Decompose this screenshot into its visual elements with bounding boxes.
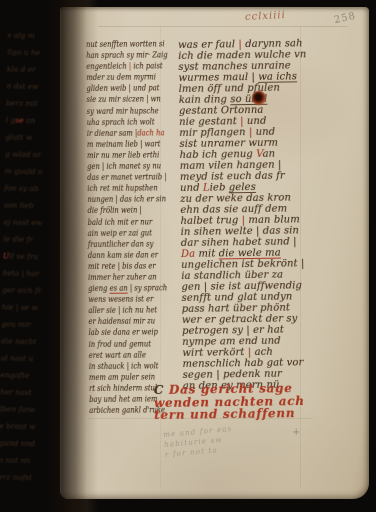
facing-page-line: llgo u he bbox=[7, 43, 66, 61]
rubric-lines: C Das gericht sagewenden nachten achtern… bbox=[154, 382, 305, 422]
facing-page-line: n dst ew bbox=[6, 77, 66, 95]
facing-page-line: fon sy ab bbox=[4, 179, 66, 197]
manuscript-line: in frod und gemut bbox=[89, 339, 166, 351]
facing-page-line: heta | har bbox=[2, 264, 65, 282]
manuscript-line: nut senfften wortten si bbox=[86, 39, 163, 51]
manuscript-line: ir dienar sam |dach ha bbox=[87, 128, 164, 140]
manuscript-line: eret wart an alle bbox=[89, 350, 166, 362]
manuscript-line: nungen | das ich er sin bbox=[87, 195, 164, 207]
facing-page-line: son lieb bbox=[4, 196, 66, 214]
manuscript-line: sy ward mir hupsche bbox=[87, 106, 164, 118]
text-column-left: nut senfften wortten sihan sprach sy mir… bbox=[86, 39, 166, 417]
ruling-line-horizontal-top bbox=[98, 26, 348, 27]
pencil-foliation: 258 bbox=[333, 11, 357, 26]
ink-blot bbox=[252, 91, 266, 105]
facing-page-line: l gse an bbox=[6, 111, 66, 129]
manuscript-line: mit rete | bis das er bbox=[88, 261, 165, 273]
manuscript-line: gieng es an | sy sprach bbox=[88, 283, 165, 295]
facing-page-line: al nast u bbox=[1, 349, 64, 367]
facing-page-line: o nut nn bbox=[0, 451, 62, 469]
facing-page-line: erz nufst bbox=[0, 468, 61, 486]
manuscript-line: bald ich mit er nur bbox=[88, 217, 165, 229]
manuscript-line: lab sie dana er weip bbox=[89, 328, 166, 340]
manuscript-line: dann kam sie dan er bbox=[88, 250, 165, 262]
manuscript-line: die frölin wein | bbox=[87, 206, 164, 218]
pencil-annotation: me and for eashabiturie swr for not ta bbox=[163, 424, 235, 460]
facing-page-line: gou mir bbox=[1, 315, 64, 333]
manuscript-line: mir nu mer lieb erthi bbox=[87, 150, 164, 162]
folio-number: cclxiiii bbox=[245, 10, 286, 23]
facing-page-line: lben fane bbox=[0, 400, 63, 418]
facing-page-line: engofte bbox=[0, 366, 63, 384]
facing-page-line: kla d er bbox=[7, 60, 66, 78]
facing-page-line: e braut w bbox=[0, 417, 63, 435]
manuscript-line: m meinam lieb | wart bbox=[87, 139, 164, 151]
manuscript-line: gen | ich manet sy nu bbox=[87, 161, 164, 173]
pencil-cross-mark: + bbox=[292, 427, 300, 438]
manuscript-photo: s alg mllgo u hekla d ern dst ewberz mit… bbox=[0, 0, 376, 512]
facing-page-line: berz mit bbox=[6, 94, 66, 112]
manuscript-line: sie zu mir siczen | wn bbox=[86, 95, 163, 107]
manuscript-line: uha sprach ich wolt bbox=[87, 117, 164, 129]
manuscript-line: immer her zuher an bbox=[88, 272, 165, 284]
facing-page-line: s alg m bbox=[7, 26, 66, 44]
facing-page-line: le die fr bbox=[3, 230, 66, 248]
facing-page-line: her nast bbox=[0, 383, 63, 401]
facing-page-line: ger sich fr bbox=[2, 281, 65, 299]
facing-page-text: s alg mllgo u hekla d ern dst ewberz mit… bbox=[0, 17, 66, 487]
facing-page-line: Uil se fru bbox=[3, 247, 66, 265]
facing-page-line: gund nnd bbox=[0, 434, 62, 452]
facing-page-line: die nacht bbox=[1, 332, 64, 350]
rubric-line: tern und schaffenn bbox=[154, 407, 305, 422]
manuscript-line: frauntlicher dan sy bbox=[88, 239, 165, 251]
facing-page-edge: s alg mllgo u hekla d ern dst ewberz mit… bbox=[0, 17, 66, 507]
facing-page-line: glutt w bbox=[5, 128, 66, 146]
manuscript-line: in sthauck | ich wolt bbox=[89, 361, 166, 373]
manuscript-line: ain weip er zai gut bbox=[88, 228, 165, 240]
manuscript-page: cclxiiii 258 nut senfften wortten sihan … bbox=[60, 7, 369, 499]
facing-page-line: aj nast ew bbox=[3, 213, 66, 231]
facing-page-line: m guald n bbox=[5, 162, 66, 180]
facing-page-line: hie | se w bbox=[2, 298, 65, 316]
text-column-right: was er faul | darynn sahich die maden wu… bbox=[178, 38, 325, 392]
facing-page-line: g wlad ur bbox=[5, 145, 66, 163]
